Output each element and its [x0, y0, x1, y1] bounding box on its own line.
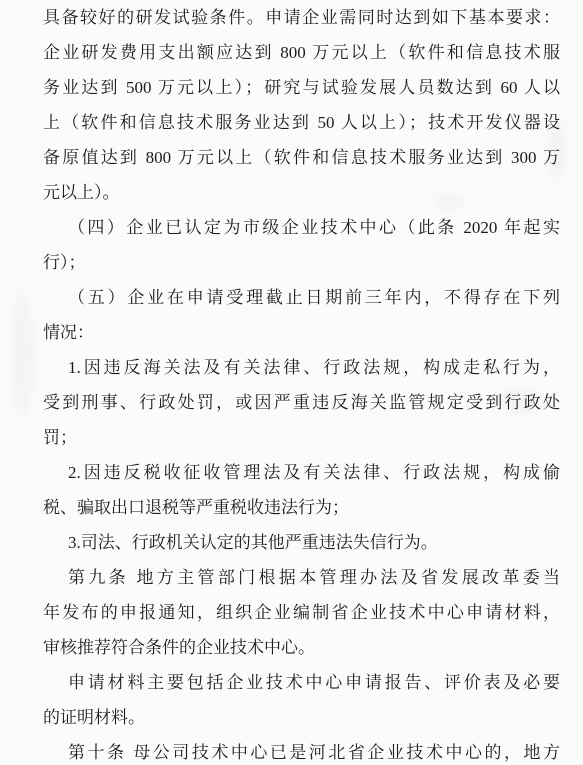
paragraph: 具备较好的研发试验条件。申请企业需同时达到如下基本要求：企业研发费用支出额应达到… [43, 0, 560, 210]
text-line: 元以上）。 [43, 175, 560, 210]
document-body: 具备较好的研发试验条件。申请企业需同时达到如下基本要求：企业研发费用支出额应达到… [43, 0, 560, 765]
text-line: 备原值达到 800 万元以上（软件和信息技术服务业达到 300 万 [43, 140, 560, 175]
text-line: 企业研发费用支出额应达到 800 万元以上（软件和信息技术服 [43, 35, 560, 70]
text-line: 2.因违反税收征收管理法及有关法律、行政法规，构成偷 [43, 455, 560, 490]
text-line: 上（软件和信息技术服务业达到 50 人以上）；技术开发仪器设 [43, 105, 560, 140]
text-line: 的证明材料。 [43, 700, 560, 735]
text-line: 第九条 地方主管部门根据本管理办法及省发展改革委当 [43, 560, 560, 595]
document-page: 具备较好的研发试验条件。申请企业需同时达到如下基本要求：企业研发费用支出额应达到… [0, 0, 583, 765]
paragraph: 1.因违反海关法及有关法律、行政法规，构成走私行为，受到刑事、行政处罚，或因严重… [43, 350, 560, 455]
paragraph: 第九条 地方主管部门根据本管理办法及省发展改革委当年发布的申报通知，组织企业编制… [43, 560, 560, 665]
text-line: 具备较好的研发试验条件。申请企业需同时达到如下基本要求： [43, 0, 560, 35]
text-line: 申请材料主要包括企业技术中心申请报告、评价表及必要 [43, 665, 560, 700]
text-line: 第十条 母公司技术中心已是河北省企业技术中心的，地方 [43, 735, 560, 765]
paragraph: 第十条 母公司技术中心已是河北省企业技术中心的，地方 [43, 735, 560, 765]
text-line: 年发布的申报通知，组织企业编制省企业技术中心申请材料， [43, 595, 560, 630]
paragraph: 2.因违反税收征收管理法及有关法律、行政法规，构成偷税、骗取出口退税等严重税收违… [43, 455, 560, 525]
text-line: 税、骗取出口退税等严重税收违法行为； [43, 490, 560, 525]
text-line: 受到刑事、行政处罚，或因严重违反海关监管规定受到行政处 [43, 385, 560, 420]
text-line: 罚； [43, 420, 560, 455]
text-line: 行）； [43, 245, 560, 280]
text-line: 务业达到 500 万元以上）；研究与试验发展人员数达到 60 人以 [43, 70, 560, 105]
paragraph: 申请材料主要包括企业技术中心申请报告、评价表及必要的证明材料。 [43, 665, 560, 735]
text-line: 1.因违反海关法及有关法律、行政法规，构成走私行为， [43, 350, 560, 385]
paragraph: （四）企业已认定为市级企业技术中心（此条 2020 年起实行）； [43, 210, 560, 280]
text-line: （五）企业在申请受理截止日期前三年内，不得存在下列 [43, 280, 560, 315]
text-line: 情况： [43, 315, 560, 350]
text-line: 审核推荐符合条件的企业技术中心。 [43, 630, 560, 665]
paragraph: 3.司法、行政机关认定的其他严重违法失信行为。 [43, 525, 560, 560]
paragraph: （五）企业在申请受理截止日期前三年内，不得存在下列情况： [43, 280, 560, 350]
scan-smudge [12, 290, 34, 420]
text-line: （四）企业已认定为市级企业技术中心（此条 2020 年起实 [43, 210, 560, 245]
text-line: 3.司法、行政机关认定的其他严重违法失信行为。 [43, 525, 560, 560]
